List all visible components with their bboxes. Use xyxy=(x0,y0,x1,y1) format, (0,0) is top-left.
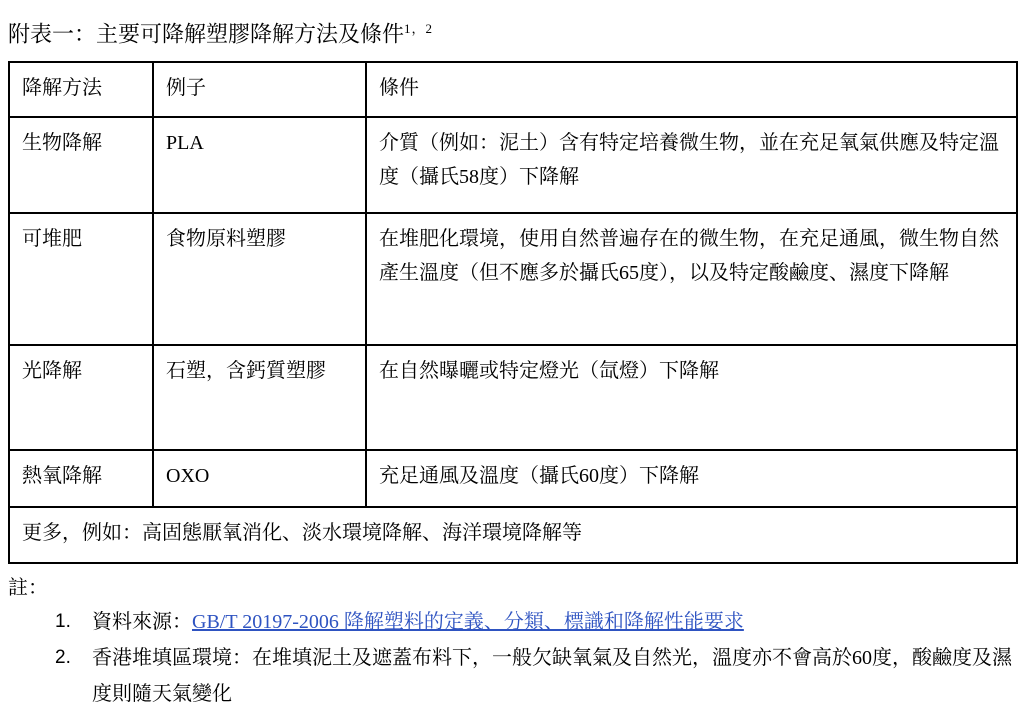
header-cell-method: 降解方法 xyxy=(9,62,153,117)
degradation-methods-table: 降解方法 例子 條件 生物降解 PLA 介質（例如：泥土）含有特定培養微生物，並… xyxy=(8,61,1018,564)
table-footer-row: 更多，例如：高固態厭氧消化、淡水環境降解、海洋環境降解等 xyxy=(9,507,1017,563)
cell-condition: 在自然曝曬或特定燈光（氙燈）下降解 xyxy=(366,345,1017,450)
header-cell-example: 例子 xyxy=(153,62,366,117)
table-row-photodegradation: 光降解 石塑，含鈣質塑膠 在自然曝曬或特定燈光（氙燈）下降解 xyxy=(9,345,1017,450)
cell-condition: 介質（例如：泥土）含有特定培養微生物，並在充足氧氣供應及特定溫度（攝氏58度）下… xyxy=(366,117,1017,213)
cell-method: 光降解 xyxy=(9,345,153,450)
cell-more-examples: 更多，例如：高固態厭氧消化、淡水環境降解、海洋環境降解等 xyxy=(9,507,1017,563)
notes-section: 註： 1. 資料來源：GB/T 20197-2006 降解塑料的定義、分類、標識… xyxy=(8,572,1016,712)
table-row-thermo-oxo: 熱氧降解 OXO 充足通風及溫度（攝氏60度）下降解 xyxy=(9,450,1017,507)
header-cell-condition: 條件 xyxy=(366,62,1017,117)
cell-condition: 在堆肥化環境，使用自然普遍存在的微生物，在充足通風，微生物自然產生溫度（但不應多… xyxy=(366,213,1017,345)
note-number: 1. xyxy=(55,604,92,640)
cell-example: PLA xyxy=(153,117,366,213)
table-row-biodegradation: 生物降解 PLA 介質（例如：泥土）含有特定培養微生物，並在充足氧氣供應及特定溫… xyxy=(9,117,1017,213)
table-row-compostable: 可堆肥 食物原料塑膠 在堆肥化環境，使用自然普遍存在的微生物，在充足通風，微生物… xyxy=(9,213,1017,345)
cell-method: 生物降解 xyxy=(9,117,153,213)
cell-example: OXO xyxy=(153,450,366,507)
notes-label: 註： xyxy=(8,572,1016,604)
note-item-1: 1. 資料來源：GB/T 20197-2006 降解塑料的定義、分類、標識和降解… xyxy=(55,604,1016,640)
note-text: 香港堆填區環境：在堆填泥土及遮蓋布料下，一般欠缺氧氣及自然光，溫度亦不會高於60… xyxy=(92,640,1016,712)
page-title-text: 附表一：主要可降解塑膠降解方法及條件 xyxy=(8,21,404,46)
note-text: 資料來源：GB/T 20197-2006 降解塑料的定義、分類、標識和降解性能要… xyxy=(92,604,1016,640)
page-title-footnote-marks: 1，2 xyxy=(404,21,433,36)
cell-example: 食物原料塑膠 xyxy=(153,213,366,345)
table-header-row: 降解方法 例子 條件 xyxy=(9,62,1017,117)
cell-condition: 充足通風及溫度（攝氏60度）下降解 xyxy=(366,450,1017,507)
source-standard-link[interactable]: GB/T 20197-2006 降解塑料的定義、分類、標識和降解性能要求 xyxy=(192,611,744,633)
note-number: 2. xyxy=(55,640,92,676)
document-page: 附表一：主要可降解塑膠降解方法及條件1，2 降解方法 例子 條件 生物降解 PL… xyxy=(0,0,1024,719)
cell-example: 石塑，含鈣質塑膠 xyxy=(153,345,366,450)
cell-method: 可堆肥 xyxy=(9,213,153,345)
cell-method: 熱氧降解 xyxy=(9,450,153,507)
note-item-2: 2. 香港堆填區環境：在堆填泥土及遮蓋布料下，一般欠缺氧氣及自然光，溫度亦不會高… xyxy=(55,640,1016,712)
note-source-prefix: 資料來源： xyxy=(92,611,192,633)
page-title: 附表一：主要可降解塑膠降解方法及條件1，2 xyxy=(8,14,1016,49)
